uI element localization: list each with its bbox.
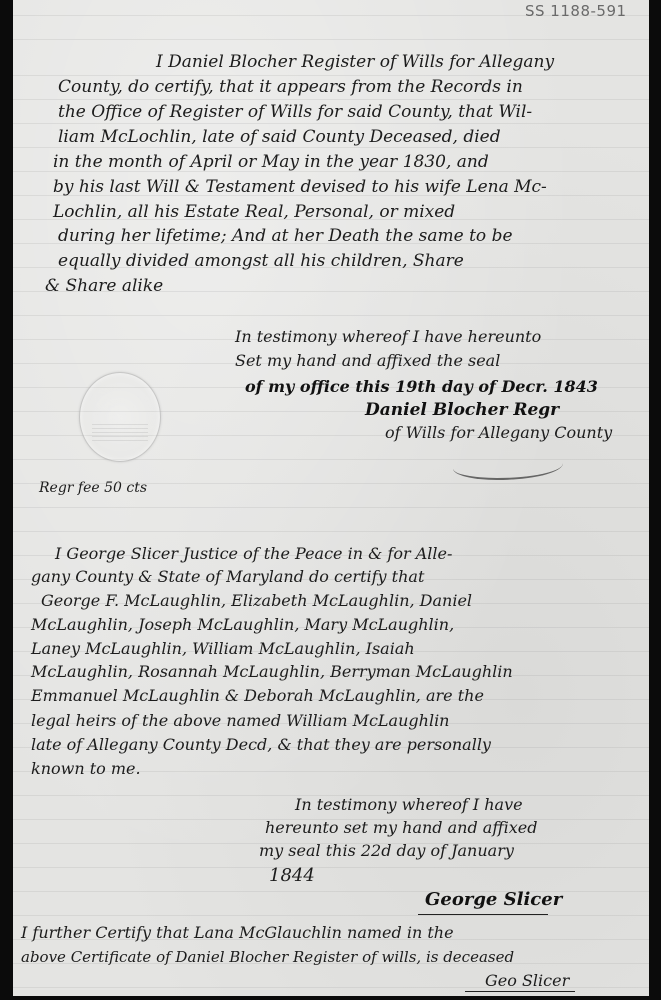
justice-line-5: Laney McLaughlin, William McLaughlin, Is…: [31, 639, 415, 659]
register-testimony-2: Set my hand and affixed the seal: [235, 351, 500, 371]
register-line-1: I Daniel Blocher Register of Wills for A…: [156, 52, 554, 72]
justice-testimony-2: hereunto set my hand and affixed: [265, 818, 538, 838]
justice-signature-underline: [418, 914, 548, 915]
register-line-8: during her lifetime; And at her Death th…: [58, 226, 513, 246]
register-line-3: the Office of Register of Wills for said…: [58, 102, 532, 122]
justice-line-9: late of Allegany County Decd, & that the…: [31, 735, 491, 755]
justice-line-4: McLaughlin, Joseph McLaughlin, Mary McLa…: [31, 615, 454, 635]
register-line-9: equally divided amongst all his children…: [58, 251, 464, 271]
justice-line-10: known to me.: [31, 759, 141, 779]
further-line-1: I further Certify that Lana McGlauchlin …: [21, 923, 454, 943]
justice-line-6: McLaughlin, Rosannah McLaughlin, Berryma…: [31, 662, 513, 682]
register-signature-title: of Wills for Allegany County: [385, 423, 612, 443]
register-testimony-date: of my office this 19th day of Decr. 1843: [245, 377, 598, 397]
register-line-7: Lochlin, all his Estate Real, Personal, …: [53, 202, 455, 222]
further-line-2: above Certificate of Daniel Blocher Regi…: [21, 947, 514, 967]
register-line-5: in the month of April or May in the year…: [53, 152, 489, 172]
embossed-seal: [79, 372, 161, 462]
register-line-2: County, do certify, that it appears from…: [58, 77, 523, 97]
further-signature-underline: [465, 991, 575, 992]
justice-testimony-3: my seal this 22d day of January: [259, 841, 514, 861]
register-line-4: liam McLochlin, late of said County Dece…: [58, 127, 501, 147]
further-signature: Geo Slicer: [485, 971, 569, 991]
register-fee-note: Regr fee 50 cts: [39, 478, 147, 498]
justice-testimony-year: 1844: [269, 866, 315, 886]
justice-line-1: I George Slicer Justice of the Peace in …: [55, 544, 452, 564]
register-line-10: & Share alike: [45, 276, 163, 296]
catalog-number: SS 1188-591: [525, 2, 627, 20]
register-line-6: by his last Will & Testament devised to …: [53, 177, 547, 197]
justice-testimony-1: In testimony whereof I have: [295, 795, 523, 815]
justice-signature: George Slicer: [425, 890, 562, 910]
register-signature: Daniel Blocher Regr: [365, 400, 559, 420]
justice-line-2: gany County & State of Maryland do certi…: [31, 567, 424, 587]
justice-line-7: Emmanuel McLaughlin & Deborah McLaughlin…: [31, 686, 484, 706]
document-page: SS 1188-591 I Daniel Blocher Register of…: [13, 0, 649, 996]
signature-flourish: [453, 452, 563, 480]
justice-line-8: legal heirs of the above named William M…: [31, 711, 449, 731]
register-testimony-1: In testimony whereof I have hereunto: [235, 327, 541, 347]
justice-line-3: George F. McLaughlin, Elizabeth McLaughl…: [41, 591, 472, 611]
